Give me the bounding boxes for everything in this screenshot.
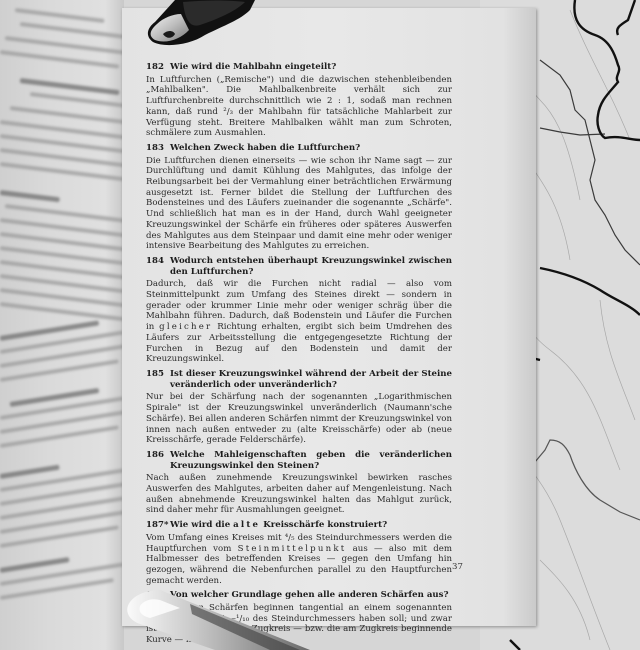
blurred-text-line: [15, 8, 105, 23]
question-heading: 182 Wie wird die Mahlbahn eingeteilt?: [146, 62, 452, 73]
metal-clip-icon: [120, 590, 310, 650]
blurred-text-line: [0, 50, 119, 69]
blurred-text: [0, 0, 124, 650]
question-text: Ist dieser Kreuzungswinkel während der A…: [170, 369, 452, 390]
emphasized-word: gleicher: [159, 322, 212, 332]
question-number: 185: [146, 369, 170, 390]
question-heading: 183 Welchen Zweck haben die Luftfurchen?: [146, 143, 452, 154]
question-heading: 184 Wodurch entstehen überhaupt Kreuzung…: [146, 256, 452, 277]
question-part: Wie wird die: [170, 520, 233, 530]
question-number: 184: [146, 256, 170, 277]
question-number: 183: [146, 143, 170, 154]
left-book-page: [0, 0, 124, 650]
question-number: 187*: [146, 520, 170, 531]
blurred-text-line: [0, 465, 60, 479]
answer-text: Dadurch, daß wir die Furchen nicht radia…: [146, 279, 452, 365]
emphasized-word: Steinmittelpunkt: [238, 544, 347, 554]
question-text: Wie wird die Mahlbahn eingeteilt?: [170, 62, 452, 73]
question-heading: 186 Welche Mahleigenschaften geben die v…: [146, 450, 452, 471]
answer-text: In Luftfurchen („Remische") und die dazw…: [146, 75, 452, 139]
answer-text: Nach außen zunehmende Kreuzungswinkel be…: [146, 473, 452, 516]
page-number: 37: [452, 562, 463, 572]
question-heading: 187* Wie wird die alte Kreisschärfe kons…: [146, 520, 452, 531]
question-text: Welchen Zweck haben die Luftfurchen?: [170, 143, 452, 154]
question-number: 182: [146, 62, 170, 73]
blurred-text-line: [30, 92, 124, 109]
blurred-text-line: [0, 190, 60, 202]
answer-text: Die Luftfurchen dienen einerseits — wie …: [146, 156, 452, 252]
question-text: Wodurch entstehen überhaupt Kreuzungswin…: [170, 256, 452, 277]
question-number: 186: [146, 450, 170, 471]
blurred-text-line: [10, 106, 124, 125]
question-text: Welche Mahleigenschaften geben die verän…: [170, 450, 452, 471]
page-content: 182 Wie wird die Mahlbahn eingeteilt? In…: [146, 58, 452, 648]
answer-text: Vom Umfang eines Kreises mit ⁴/₅ des Ste…: [146, 533, 452, 587]
emphasized-word: alte: [233, 520, 260, 530]
question-part: Kreisschärfe konstruiert?: [260, 520, 387, 530]
question-heading: 185 Ist dieser Kreuzungswinkel während d…: [146, 369, 452, 390]
metal-clip-icon: [145, 0, 255, 48]
question-text: Wie wird die alte Kreisschärfe konstruie…: [170, 520, 452, 531]
blurred-text-line: [0, 557, 70, 573]
book-page: 182 Wie wird die Mahlbahn eingeteilt? In…: [122, 8, 536, 626]
blurred-text-line: [20, 22, 124, 39]
answer-text: Nur bei der Schärfung nach der sogenannt…: [146, 392, 452, 446]
